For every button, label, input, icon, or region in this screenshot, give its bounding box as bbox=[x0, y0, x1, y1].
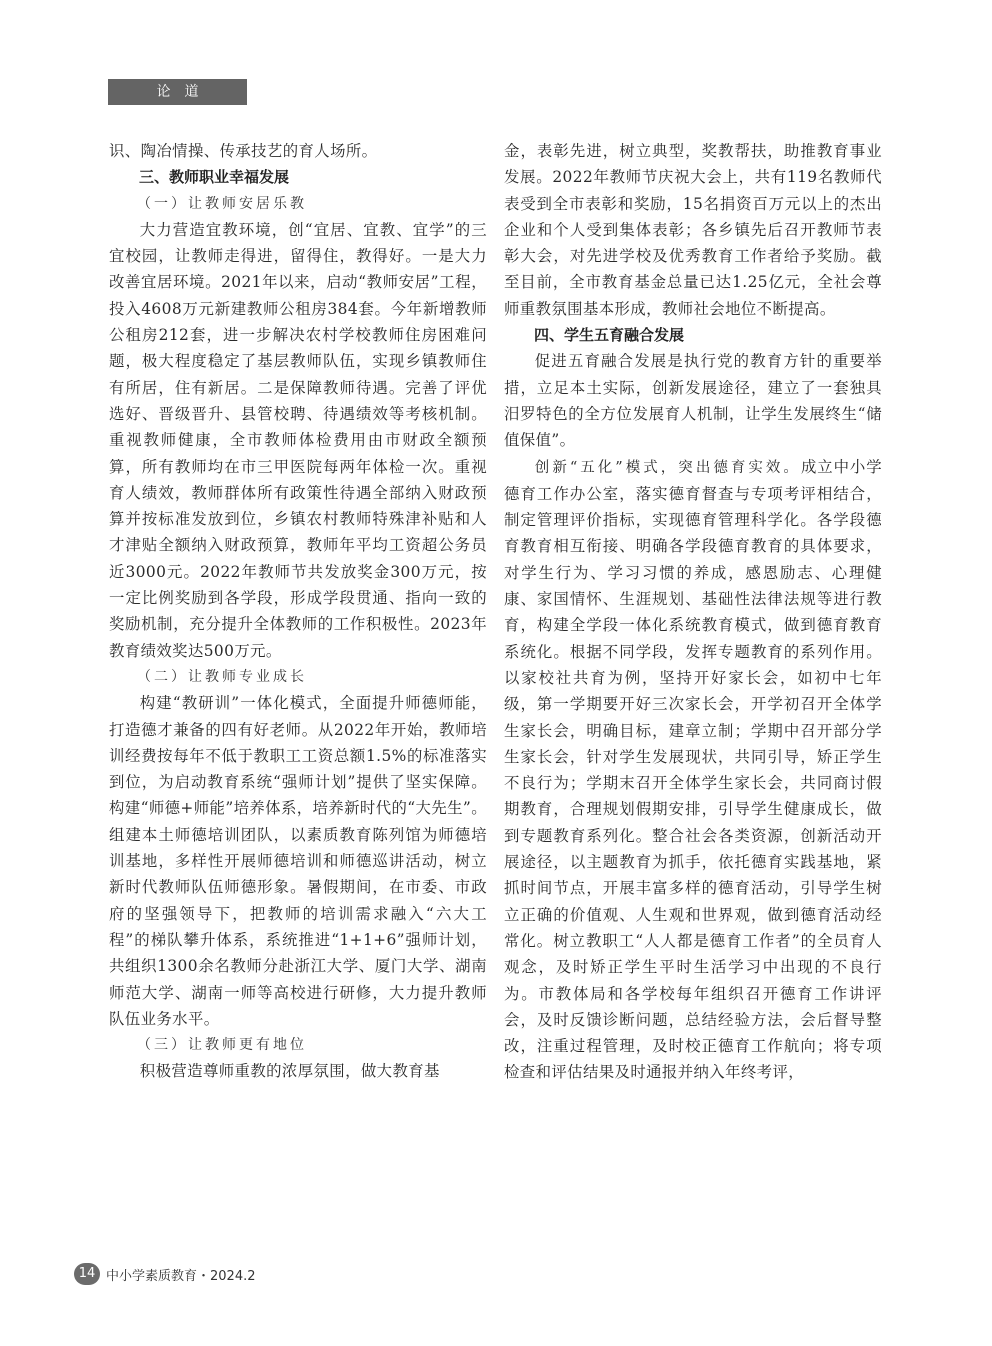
journal-info: 中小学素质教育・2024.2 bbox=[106, 1265, 256, 1284]
paragraph: 创新“五化”模式，突出德育实效。成立中小学德育工作办公室，落实德育督查与专项考评… bbox=[504, 454, 882, 1086]
paragraph-body: 成立中小学德育工作办公室，落实德育督查与专项考评相结合，制定管理评价指标，实现德… bbox=[504, 458, 882, 1082]
subheading-3: （三）让教师更有地位 bbox=[109, 1032, 487, 1058]
section-tag: 论道 bbox=[108, 79, 247, 105]
paragraph: 大力营造宜教环境，创“宜居、宜教、宜学”的三宜校园，让教师走得进，留得住，教得好… bbox=[109, 217, 487, 664]
paragraph-continuation: 识、陶冶情操、传承技艺的育人场所。 bbox=[109, 138, 487, 164]
paragraph-lead: 创新“五化”模式，突出德育实效。 bbox=[535, 460, 801, 476]
right-column: 金，表彰先进，树立典型，奖教帮扶，助推教育事业发展。2022年教师节庆祝大会上，… bbox=[504, 138, 882, 1086]
page-footer: 14 中小学素质教育・2024.2 bbox=[74, 1263, 256, 1285]
paragraph: 积极营造尊师重教的浓厚氛围，做大教育基 bbox=[109, 1058, 487, 1084]
section-heading-4: 四、学生五育融合发展 bbox=[504, 322, 882, 348]
paragraph: 促进五育融合发展是执行党的教育方针的重要举措，立足本土实际，创新发展途径，建立了… bbox=[504, 348, 882, 453]
paragraph: 构建“教研训”一体化模式，全面提升师德师能，打造德才兼备的四有好老师。从2022… bbox=[109, 690, 487, 1032]
section-heading-3: 三、教师职业幸福发展 bbox=[109, 164, 487, 190]
page-number-badge: 14 bbox=[74, 1263, 100, 1285]
left-column: 识、陶冶情操、传承技艺的育人场所。 三、教师职业幸福发展 （一）让教师安居乐教 … bbox=[109, 138, 487, 1085]
subheading-2: （二）让教师专业成长 bbox=[109, 664, 487, 690]
subheading-1: （一）让教师安居乐教 bbox=[109, 191, 487, 217]
paragraph-continuation: 金，表彰先进，树立典型，奖教帮扶，助推教育事业发展。2022年教师节庆祝大会上，… bbox=[504, 138, 882, 322]
